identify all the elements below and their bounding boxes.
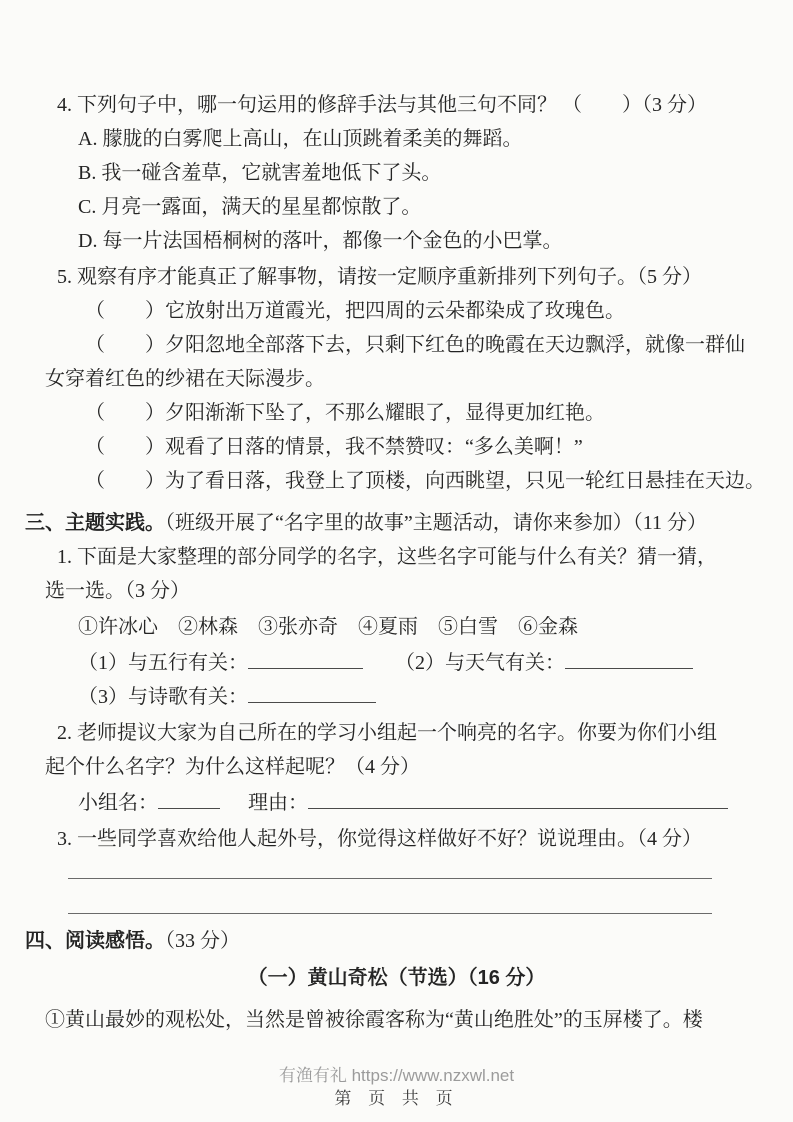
q5-item-text: 夕阳忽地全部落下去，只剩下红色的晚霞在天边飘浮，就像一群仙	[165, 334, 745, 356]
q5-item-text: 为了看日落，我登上了顶楼，向西眺望，只见一轮红日悬挂在天边。	[165, 470, 765, 492]
s3q1-line1: 1. 下面是大家整理的部分同学的名字，这些名字可能与什么有关？猜一猜，	[57, 540, 793, 574]
q4-score: （3 分）	[642, 94, 707, 116]
footer-site-link: 有渔有礼 https://www.nzxwl.net	[0, 1064, 793, 1087]
s3q2-fill-row: 小组名：理由：	[78, 786, 793, 820]
section-4-title: 四、阅读感悟。	[25, 930, 165, 952]
s3q2-group-label: 小组名：	[78, 792, 158, 814]
reading-paragraph-1: ①黄山最妙的观松处，当然是曾被徐霞客称为“黄山绝胜处”的玉屏楼了。楼	[45, 1003, 793, 1037]
s3q1-blank2-label: （2）与天气有关：	[395, 652, 565, 674]
q5-item: （ ）为了看日落，我登上了顶楼，向西眺望，只见一轮红日悬挂在天边。	[85, 464, 793, 498]
s3q1-blank3-row: （3）与诗歌有关：	[78, 680, 793, 714]
q4-option-c: C. 月亮一露面，满天的星星都惊散了。	[78, 190, 793, 224]
s3q1-blank1-label: （1）与五行有关：	[78, 652, 248, 674]
q5-item: （ ）夕阳渐渐下坠了，不那么耀眼了，显得更加红艳。	[85, 396, 793, 430]
section-3-title: 三、主题实践。	[25, 512, 165, 534]
q5-item-bracket: （ ）	[85, 300, 165, 322]
section-3-heading: 三、主题实践。（班级开展了“名字里的故事”主题活动，请你来参加）（11 分）	[25, 506, 793, 540]
s3q2-line1: 2. 老师提议大家为自己所在的学习小组起一个响亮的名字。你要为你们小组	[57, 716, 793, 750]
q5-item: （ ）夕阳忽地全部落下去，只剩下红色的晚霞在天边飘浮，就像一群仙	[85, 328, 793, 362]
s3q1-blank3-label: （3）与诗歌有关：	[78, 686, 248, 708]
q4-option-d: D. 每一片法国梧桐树的落叶，都像一个金色的小巴掌。	[78, 224, 793, 258]
footer-page-indicator: 第 页 共 页	[0, 1087, 793, 1110]
exam-paper-page: 4. 下列句子中，哪一句运用的修辞手法与其他三句不同？ （ ）（3 分） A. …	[0, 0, 793, 1122]
q5-item: （ ）观看了日落的情景，我不禁赞叹：“多么美啊！”	[85, 430, 793, 464]
q5-item-text: 夕阳渐渐下坠了，不那么耀眼了，显得更加红艳。	[165, 402, 605, 424]
q4-stem-text: 4. 下列句子中，哪一句运用的修辞手法与其他三句不同？	[57, 94, 562, 116]
answer-line	[68, 913, 712, 914]
s3q3-line1: 3. 一些同学喜欢给他人起外号，你觉得这样做好不好？说说理由。（4 分）	[57, 822, 793, 856]
q5-item: （ ）它放射出万道霞光，把四周的云朵都染成了玫瑰色。	[85, 294, 793, 328]
section-4-score: （33 分）	[165, 930, 240, 952]
q4-answer-bracket: （ ）	[562, 94, 642, 116]
q4-stem: 4. 下列句子中，哪一句运用的修辞手法与其他三句不同？ （ ）（3 分）	[57, 88, 793, 122]
s3q1-line2: 选一选。（3 分）	[45, 574, 793, 608]
q5-item-continuation: 女穿着红色的纱裙在天际漫步。	[45, 362, 793, 396]
q4-option-b: B. 我一碰含羞草，它就害羞地低下了头。	[78, 156, 793, 190]
s3q1-blanks-row: （1）与五行有关：（2）与天气有关：	[78, 646, 793, 680]
s3q1-blank1-underline	[248, 653, 363, 669]
reading-subtitle: （一）黄山奇松（节选）（16 分）	[0, 961, 793, 995]
q5-item-bracket: （ ）	[85, 436, 165, 458]
q5-item-text: 观看了日落的情景，我不禁赞叹：“多么美啊！”	[165, 436, 583, 458]
page-footer: 有渔有礼 https://www.nzxwl.net 第 页 共 页	[0, 1064, 793, 1110]
q5-item-bracket: （ ）	[85, 334, 165, 356]
q4-option-a: A. 朦胧的白雾爬上高山，在山顶跳着柔美的舞蹈。	[78, 122, 793, 156]
q5-item-bracket: （ ）	[85, 470, 165, 492]
q5-item-text: 它放射出万道霞光，把四周的云朵都染成了玫瑰色。	[165, 300, 625, 322]
s3q1-blank2-underline	[565, 653, 693, 669]
s3q2-group-underline	[158, 793, 220, 809]
section-3-desc: （班级开展了“名字里的故事”主题活动，请你来参加）（11 分）	[165, 512, 707, 534]
section-4-heading: 四、阅读感悟。（33 分）	[25, 924, 793, 958]
answer-line	[68, 878, 712, 879]
q5-item-bracket: （ ）	[85, 402, 165, 424]
s3q1-blank3-underline	[248, 687, 376, 703]
s3q2-reason-label: 理由：	[248, 792, 308, 814]
s3q2-line2: 起个什么名字？为什么这样起呢？（4 分）	[45, 750, 793, 784]
s3q1-name-list: ①许冰心 ②林森 ③张亦奇 ④夏雨 ⑤白雪 ⑥金森	[78, 610, 793, 644]
s3q2-reason-underline	[308, 793, 728, 809]
q5-stem: 5. 观察有序才能真正了解事物，请按一定顺序重新排列下列句子。（5 分）	[57, 260, 793, 294]
